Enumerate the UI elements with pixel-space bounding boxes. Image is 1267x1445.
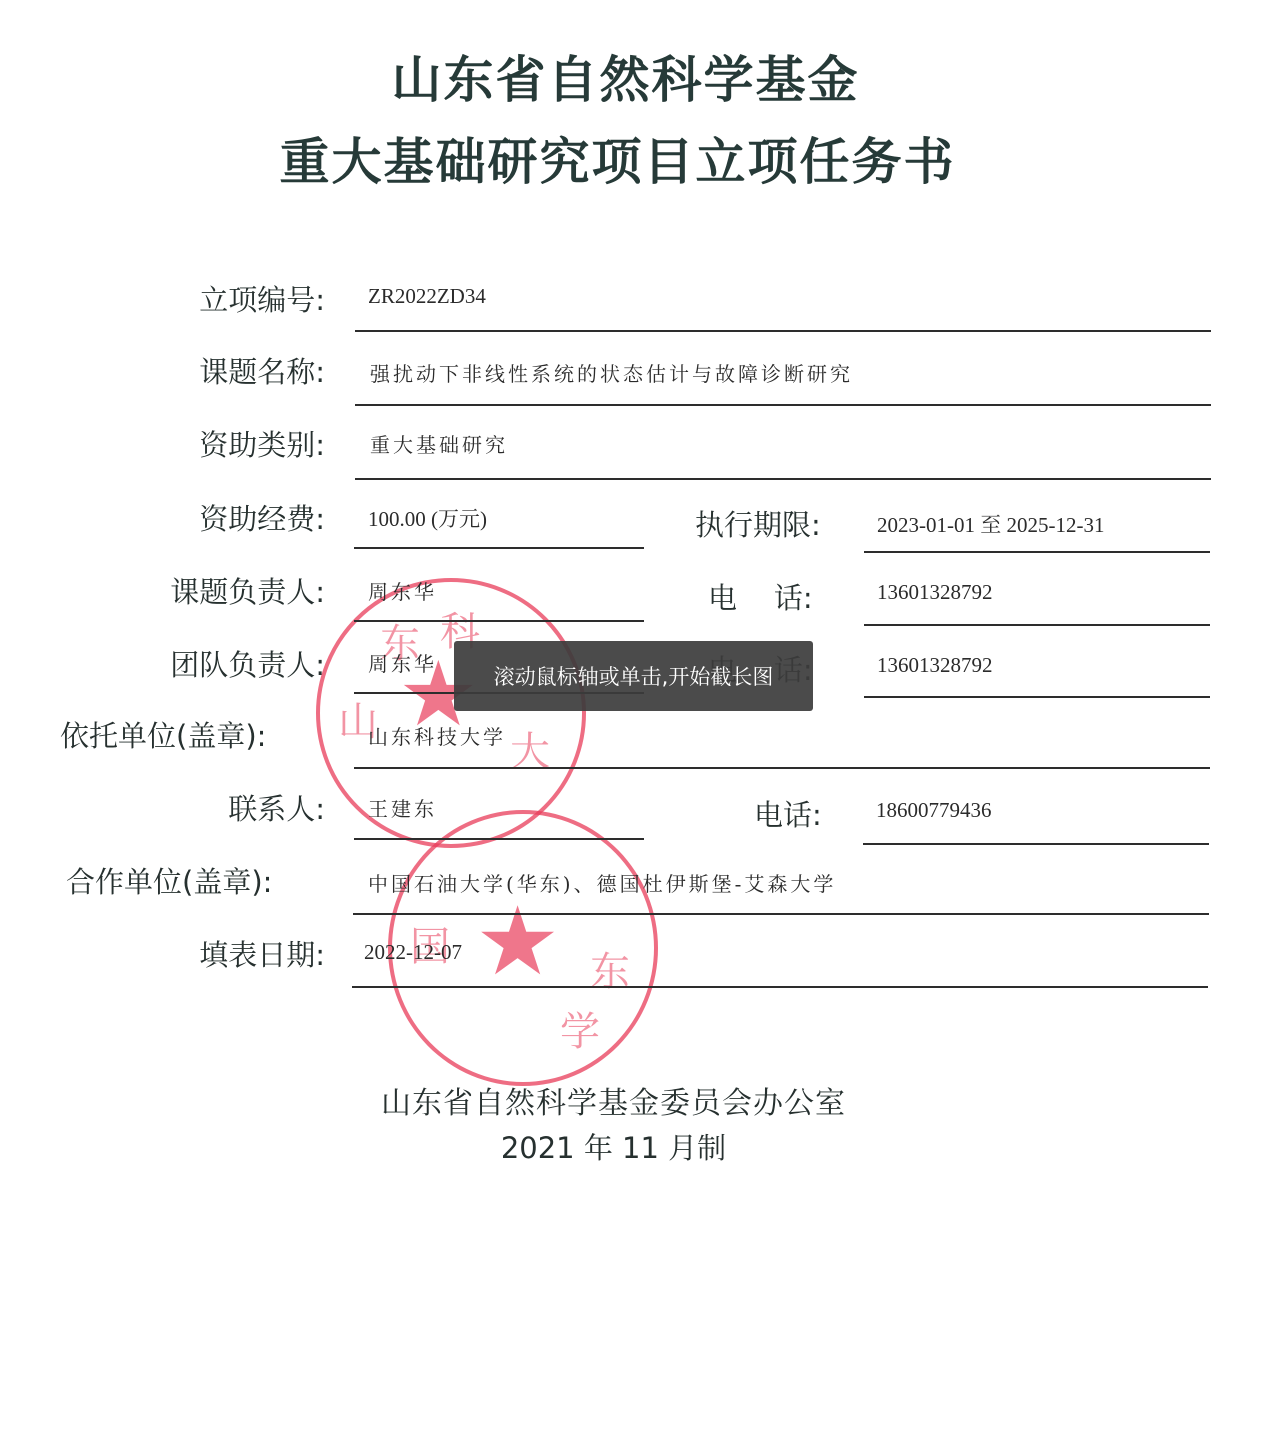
host-institution-stamp [316,578,586,848]
contact-phone-underline [863,843,1209,845]
contact-phone-value: 18600779436 [876,798,992,823]
contact-person-underline [354,838,644,840]
funding-category-underline [355,478,1211,480]
stamp-char: 东 [590,940,630,997]
host-institution-underline [354,767,1210,769]
project-number-underline [355,330,1211,332]
contact-person-label: 联系人: [228,787,325,828]
stamp-char: 学 [560,1000,600,1057]
team-leader-phone-underline [864,696,1210,698]
funding-category-label: 资助类别: [199,423,325,464]
project-leader-phone-underline [864,624,1210,626]
contact-person-value: 王建东 [368,793,437,822]
project-leader-label: 课题负责人: [170,570,325,611]
team-leader-label: 团队负责人: [170,643,325,684]
partner-institutions-underline [353,913,1209,915]
project-name-label: 课题名称: [199,350,325,391]
funding-amount-underline [354,547,644,549]
project-name-value: 强扰动下非线性系统的状态估计与故障诊断研究 [370,358,853,387]
document-title-line1: 山东省自然科学基金 [0,40,1259,112]
contact-phone-label: 电话: [754,793,822,834]
partner-institutions-label: 合作单位(盖章): [66,860,272,901]
project-leader-value: 周东华 [368,576,437,605]
project-leader-phone-value: 13601328792 [877,580,993,605]
toast-text: 滚动鼠标轴或单击,开始截长图 [494,661,774,691]
project-number-label: 立项编号: [199,278,325,319]
partner-institutions-value: 中国石油大学(华东)、德国杜伊斯堡-艾森大学 [368,868,836,897]
project-name-underline [355,404,1211,406]
host-institution-value: 山东科技大学 [368,721,506,750]
stamp-star-icon: ★ [475,895,560,990]
fill-date-value: 2022-12-07 [364,940,462,965]
document-title-line2: 重大基础研究项目立项任务书 [0,122,1251,194]
execution-period-value: 2023-01-01 至 2025-12-31 [877,509,1104,539]
execution-period-label: 执行期限: [695,503,821,544]
execution-period-underline [864,551,1210,553]
project-number-value: ZR2022ZD34 [368,284,486,309]
team-leader-phone-value: 13601328792 [877,653,993,678]
project-leader-phone-label: 电 话: [708,576,813,617]
long-screenshot-toast[interactable]: 滚动鼠标轴或单击,开始截长图 [454,641,813,711]
fill-date-underline [352,986,1208,988]
host-institution-label: 依托单位(盖章): [60,714,266,755]
team-leader-value: 周东华 [368,648,437,677]
project-leader-underline [354,620,644,622]
funding-category-value: 重大基础研究 [370,429,508,458]
fill-date-label: 填表日期: [199,933,325,974]
issuer-name: 山东省自然科学基金委员会办公室 [0,1078,1247,1122]
funding-amount-value: 100.00 (万元) [368,503,487,533]
edition-date: 2021 年 11 月制 [0,1126,1247,1167]
funding-amount-label: 资助经费: [199,497,325,538]
